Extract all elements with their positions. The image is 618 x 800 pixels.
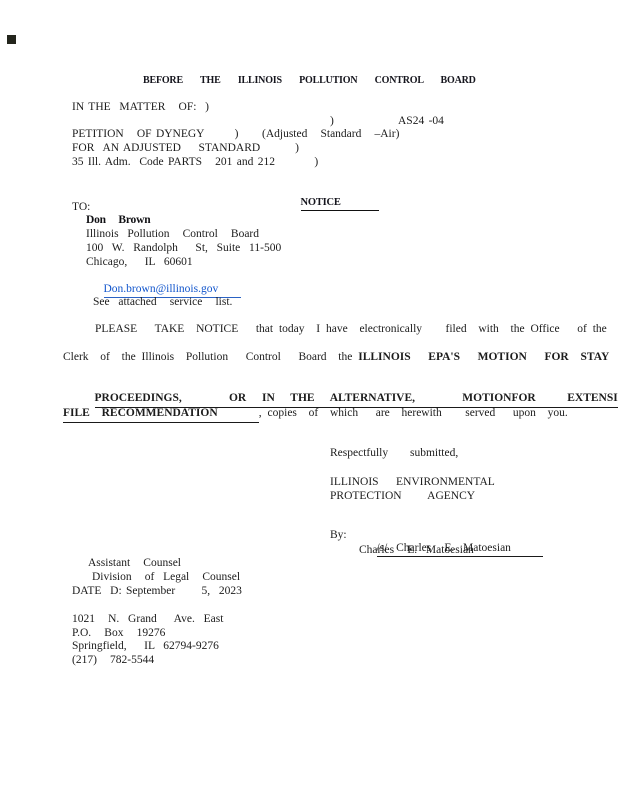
body-line-1: PLEASE TAKE NOTICE that today I have ele… [95, 323, 607, 336]
agency-line-2: PROTECTION AGENCY [330, 490, 475, 503]
recipient-name: Don Brown [86, 214, 150, 227]
caption-code-line: 35 Ill. Adm. Code PARTS 201 and 212 ) [72, 156, 318, 169]
phone-line: (217) 782-5544 [72, 654, 154, 667]
notice-heading: NOTICE [301, 196, 379, 211]
caption-for-line: FOR AN ADJUSTED STANDARD ) [72, 142, 299, 155]
signer-title-1: Assistant Counsel [88, 557, 181, 570]
body-line-2: Clerk of the Illinois Pollution Control … [63, 351, 618, 364]
caption-paren: ) [330, 115, 334, 128]
address-line-2: P.O. Box 19276 [72, 627, 165, 640]
body-line-4-normal: , copies of which are herewith served up… [259, 407, 568, 419]
service-list-note: See attached service list. [93, 296, 232, 309]
notice-heading-wrap: NOTICE [283, 183, 379, 224]
by-label: By: [330, 529, 347, 542]
address-line-3: Springfield, IL 62794-9276 [72, 640, 219, 653]
to-label: TO: [72, 201, 90, 214]
address-line-1: 1021 N. Grand Ave. East [72, 613, 223, 626]
signer-title-2: Division of Legal Counsel [92, 571, 240, 584]
date-line: DATE D: September 5, 2023 [72, 585, 242, 598]
body-line-2-normal: Clerk of the Illinois Pollution Control … [63, 351, 358, 363]
body-line-4: FILE RECOMMENDATION , copies of which ar… [63, 407, 568, 423]
recipient-street: 100 W. Randolph St, Suite 11-500 [86, 242, 281, 255]
scan-corner-mark [7, 35, 16, 44]
caption-petition: PETITION OF DYNEGY ) [72, 128, 239, 141]
case-number: AS24 -04 [398, 115, 444, 128]
motion-title-part-3: FILE RECOMMENDATION [63, 407, 259, 423]
motion-title-part-1: ILLINOIS EPA'S MOTION FOR STAY OF [358, 351, 618, 363]
signer-name: Charles E. Matoesian [359, 544, 474, 557]
document-page: BEFORE THE ILLINOIS POLLUTION CONTROL BO… [0, 0, 618, 800]
recipient-city: Chicago, IL 60601 [86, 256, 193, 269]
court-title: BEFORE THE ILLINOIS POLLUTION CONTROL BO… [143, 74, 476, 87]
caption-matter: IN THE MATTER OF: ) [72, 101, 209, 114]
closing-line: Respectfully submitted, [330, 447, 458, 460]
recipient-org: Illinois Pollution Control Board [86, 228, 259, 241]
motion-title-part-2: PROCEEDINGS, OR IN THE ALTERNATIVE, MOTI… [95, 392, 618, 408]
caption-adjusted-standard-note: (Adjusted Standard –Air) [262, 128, 399, 141]
agency-line-1: ILLINOIS ENVIRONMENTAL [330, 476, 495, 489]
